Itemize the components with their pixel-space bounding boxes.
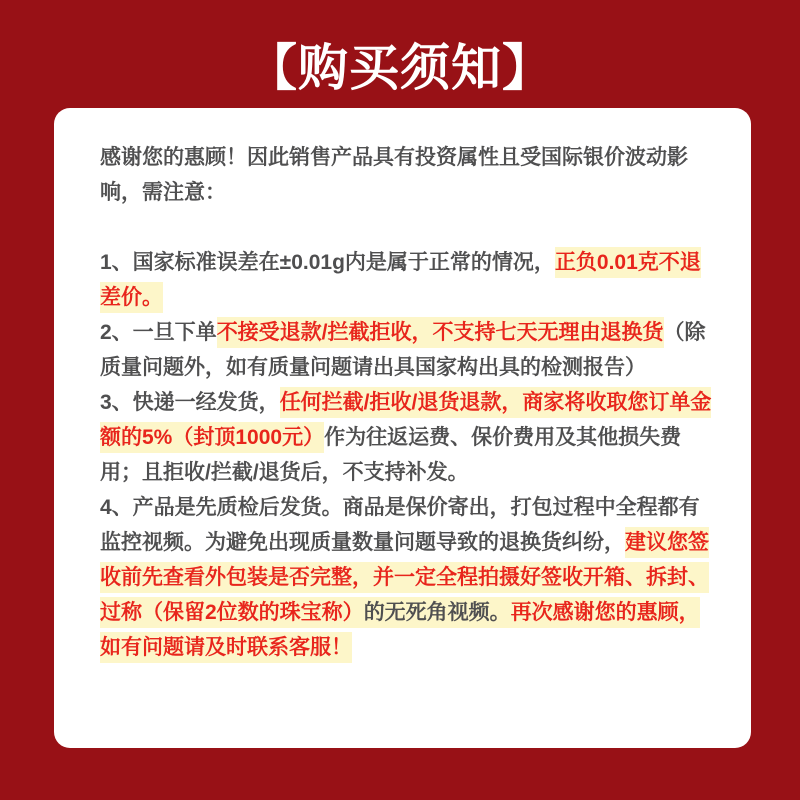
text-segment: 感谢您的惠顾！因此销售产品具有投资属性且受国际银价波动影响，需注意： bbox=[100, 146, 688, 204]
text-segment: 3、快递一经发货， bbox=[100, 391, 280, 414]
text-segment: 的无死角视频。 bbox=[364, 597, 511, 628]
text-segment: 2、一旦下单 bbox=[100, 321, 217, 344]
notice-paragraph: 3、快递一经发货，任何拦截/拒收/退货退款，商家将收取您订单金额的5%（封顶10… bbox=[100, 385, 716, 490]
text-segment: 4、产品是先质检后发货。商品是保价寄出，打包过程中全程都有监控视频。为避免出现质… bbox=[100, 496, 700, 554]
notice-paragraphs: 感谢您的惠顾！因此销售产品具有投资属性且受国际银价波动影响，需注意：1、国家标准… bbox=[100, 140, 716, 665]
notice-paragraph: 1、国家标准误差在±0.01g内是属于正常的情况，正负0.01克不退差价。 bbox=[100, 245, 716, 315]
notice-paragraph: 感谢您的惠顾！因此销售产品具有投资属性且受国际银价波动影响，需注意： bbox=[100, 140, 716, 210]
page-title: 【购买须知】 bbox=[0, 28, 800, 100]
purchase-notice-page: 【购买须知】 感谢您的惠顾！因此销售产品具有投资属性且受国际银价波动影响，需注意… bbox=[0, 0, 800, 800]
notice-card: 感谢您的惠顾！因此销售产品具有投资属性且受国际银价波动影响，需注意：1、国家标准… bbox=[54, 108, 751, 748]
text-segment: 不接受退款/拦截拒收，不支持七天无理由退换货 bbox=[217, 317, 664, 348]
notice-paragraph: 4、产品是先质检后发货。商品是保价寄出，打包过程中全程都有监控视频。为避免出现质… bbox=[100, 490, 716, 665]
text-segment: 1、国家标准误差在±0.01g内是属于正常的情况， bbox=[100, 251, 555, 274]
notice-paragraph: 2、一旦下单不接受退款/拦截拒收，不支持七天无理由退换货（除质量问题外，如有质量… bbox=[100, 315, 716, 385]
